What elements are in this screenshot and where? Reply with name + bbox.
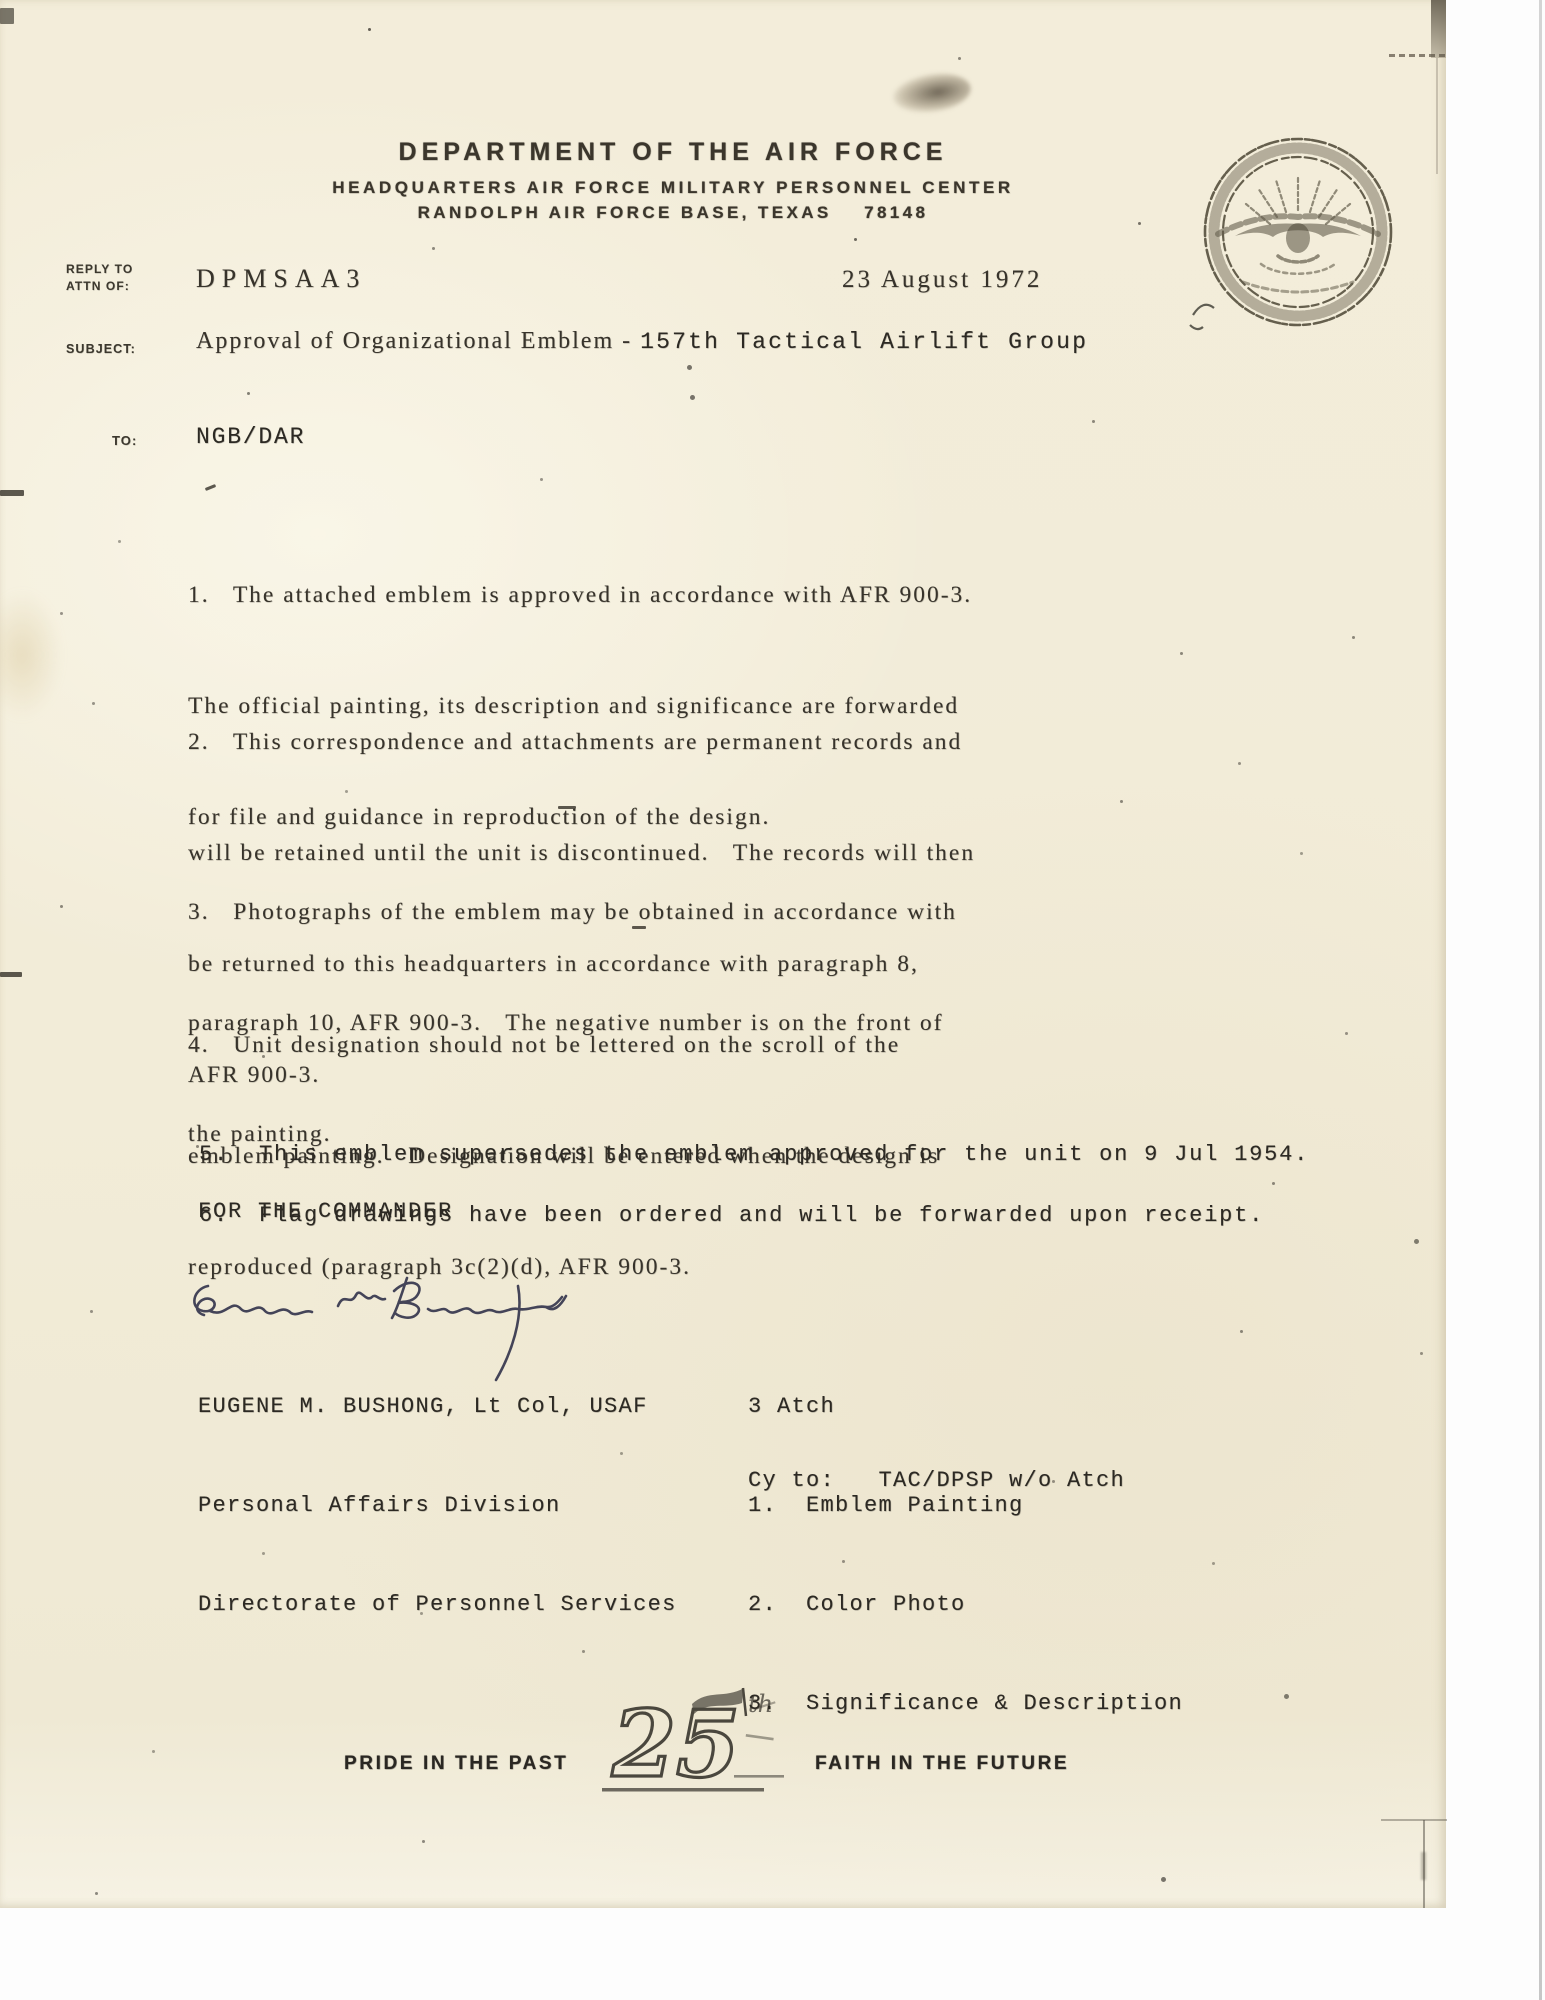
subject-line: Approval of Organizational Emblem - 157t…: [196, 328, 1088, 355]
attachment-item: 1. Emblem Painting: [748, 1489, 1183, 1522]
stray-dash-mark: [558, 806, 576, 809]
reply-to-label: REPLY TO ATTN OF:: [66, 261, 133, 295]
motto-left: PRIDE IN THE PAST: [344, 1753, 568, 1775]
attachments-block: 3 Atch 1. Emblem Painting 2. Color Photo…: [748, 1324, 1183, 1786]
logo-number: 25: [611, 1690, 740, 1798]
attachment-item: 3. Significance & Description: [748, 1687, 1183, 1720]
paragraph-1-line: 1. The attached emblem is approved in ac…: [188, 577, 972, 614]
reply-to-label-line2: ATTN OF:: [66, 278, 133, 295]
letterhead-department: DEPARTMENT OF THE AIR FORCE: [253, 138, 1093, 167]
to-value: NGB/DAR: [196, 424, 305, 450]
attachment-item: 2. Color Photo: [748, 1588, 1183, 1621]
motto-right: FAITH IN THE FUTURE: [815, 1753, 1069, 1775]
letterhead-headquarters: HEADQUARTERS AIR FORCE MILITARY PERSONNE…: [253, 178, 1093, 198]
paper-edge-dashed-line: [1389, 54, 1447, 57]
subject-label: SUBJECT:: [66, 341, 136, 358]
paper-edge-shadow: [1431, 0, 1446, 58]
stray-dash-mark: [632, 926, 646, 929]
anniversary-25th-logo-icon: 25 th: [596, 1676, 796, 1801]
signatory-title-2: Directorate of Personnel Services: [198, 1588, 677, 1621]
scanned-letter-page: DEPARTMENT OF THE AIR FORCE HEADQUARTERS…: [0, 0, 1545, 2000]
copy-to-line: Cy to: TAC/DPSP w/o Atch: [748, 1468, 1125, 1493]
office-symbol: DPMSAA3: [196, 264, 366, 294]
letterhead-base-address: RANDOLPH AIR FORCE BASE, TEXAS 78148: [253, 203, 1093, 223]
closing-line: FOR THE COMMANDER: [198, 1199, 453, 1224]
scan-specks: [0, 0, 3, 3]
corner-artifact: [0, 8, 14, 24]
to-label: TO:: [112, 432, 137, 449]
ink-smudge: [891, 69, 974, 117]
handwritten-signature-icon: [178, 1256, 588, 1406]
subject-printed-part: Approval of Organizational Emblem -: [196, 328, 640, 354]
paragraph-4-line: 4. Unit designation should not be letter…: [188, 1027, 939, 1064]
pencil-corner-line-horizontal: [1381, 1819, 1447, 1821]
handwritten-check-mark: [1190, 305, 1214, 329]
scanner-edge-line: [1539, 0, 1542, 2000]
letter-date: 23 August 1972: [842, 266, 1042, 294]
reply-to-label-line1: REPLY TO: [66, 261, 133, 278]
paper-edge-faint-line: [1436, 58, 1438, 174]
attachments-count: 3 Atch: [748, 1390, 1183, 1423]
paragraph-2-line: 2. This correspondence and attachments a…: [188, 724, 975, 761]
pencil-corner-blotch: [1421, 1852, 1426, 1880]
margin-tick-mark: [0, 490, 24, 496]
margin-tick-mark: [0, 972, 22, 977]
subject-typed-part: 157th Tactical Airlift Group: [640, 329, 1088, 355]
defense-seal-stamp-icon: [1183, 132, 1413, 337]
paper-stain: [0, 590, 62, 720]
paragraph-3-line: 3. Photographs of the emblem may be obta…: [188, 894, 957, 931]
signatory-title-1: Personal Affairs Division: [198, 1489, 677, 1522]
stray-tick-mark: [205, 484, 216, 491]
letter-paper: DEPARTMENT OF THE AIR FORCE HEADQUARTERS…: [0, 0, 1446, 1908]
